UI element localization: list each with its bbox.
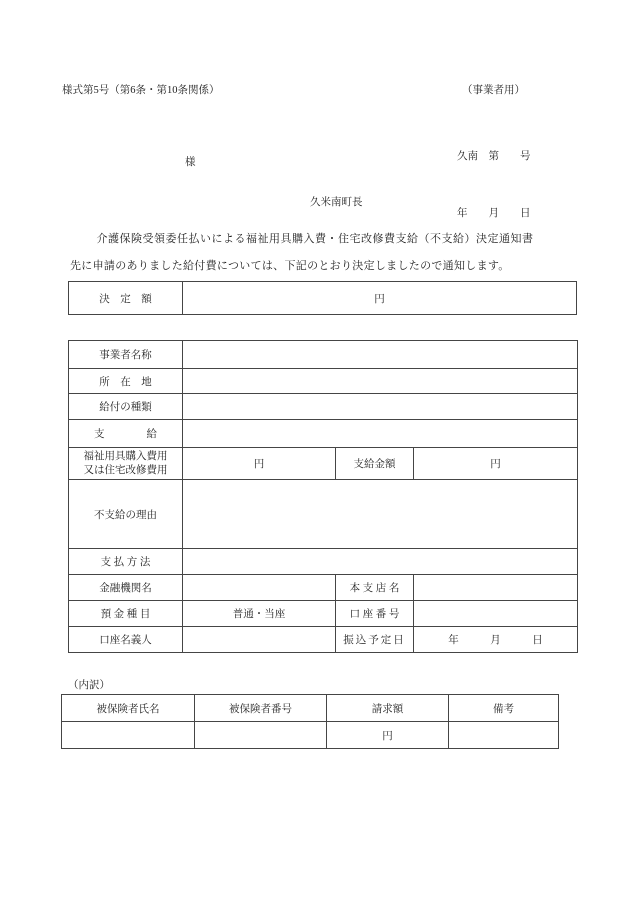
payment-label: 支 給: [69, 420, 183, 448]
benefit-type-label: 給付の種類: [69, 394, 183, 420]
bank-name-value-cell: [183, 575, 336, 601]
payment-value-cell: [183, 420, 578, 448]
denial-reason-label: 不支給の理由: [69, 480, 183, 549]
account-type-label: 預 金 種 目: [69, 601, 183, 627]
cost-label: 福祉用具購入費用 又は住宅改修費用: [69, 448, 183, 480]
business-name-label: 事業者名称: [69, 341, 183, 369]
decision-amount-value-cell: 円: [183, 282, 577, 315]
yen-unit: 円: [382, 731, 393, 742]
transfer-date-label: 振込予定日: [336, 627, 414, 653]
decision-amount-table: 決 定 額 円: [68, 281, 577, 315]
account-holder-value-cell: [183, 627, 336, 653]
main-detail-table: 事業者名称 所 在 地 給付の種類 支 給 福祉用具購入費用 又は住宅改修費用 …: [68, 340, 578, 653]
breakdown-caption: （内訳）: [68, 677, 110, 692]
claim-amount-header: 請求額: [327, 695, 449, 722]
remarks-header: 備考: [449, 695, 559, 722]
payment-amount-value-cell: 円: [414, 448, 578, 480]
doc-date-line: 年 月 日: [457, 204, 531, 223]
branch-name-value-cell: [414, 575, 578, 601]
insured-number-header: 被保険者番号: [195, 695, 327, 722]
account-number-label: 口 座 番 号: [336, 601, 414, 627]
branch-name-label: 本 支 店 名: [336, 575, 414, 601]
intro-sentence: 先に申請のありました給付費については、下記のとおり決定しましたので通知します。: [70, 257, 510, 273]
yen-unit: 円: [490, 459, 501, 470]
insured-name-value-cell: [62, 722, 195, 749]
insured-number-cell: [195, 722, 327, 749]
business-name-value-cell: [183, 341, 578, 369]
payment-method-label: 支 払 方 法: [69, 549, 183, 575]
form-number: 様式第5号（第6条・第10条関係）: [62, 82, 220, 97]
cost-value-cell: 円: [183, 448, 336, 480]
doc-number-line: 久南 第 号: [457, 147, 531, 166]
account-type-value: 普通・当座: [183, 601, 336, 627]
bank-name-label: 金融機関名: [69, 575, 183, 601]
yen-unit: 円: [254, 459, 265, 470]
cost-label-line1: 福祉用具購入費用: [84, 451, 168, 462]
account-number-value-cell: [414, 601, 578, 627]
yen-unit: 円: [374, 294, 385, 305]
addressee-suffix: 様: [185, 154, 196, 169]
payment-method-value-cell: [183, 549, 578, 575]
notification-form-page: 様式第5号（第6条・第10条関係） （事業者用） 久南 第 号 年 月 日 様 …: [0, 0, 630, 903]
address-label: 所 在 地: [69, 369, 183, 394]
benefit-type-value-cell: [183, 394, 578, 420]
insured-name-header: 被保険者氏名: [62, 695, 195, 722]
transfer-date-value: 年 月 日: [414, 627, 578, 653]
account-holder-label: 口座名義人: [69, 627, 183, 653]
claim-amount-value-cell: 円: [327, 722, 449, 749]
address-value-cell: [183, 369, 578, 394]
denial-reason-value-cell: [183, 480, 578, 549]
remarks-value-cell: [449, 722, 559, 749]
payment-amount-label: 支給金額: [336, 448, 414, 480]
cost-label-line2: 又は住宅改修費用: [84, 465, 168, 476]
for-business-label: （事業者用）: [462, 82, 525, 97]
decision-amount-label: 決 定 額: [69, 282, 183, 315]
sender-mayor: 久米南町長: [310, 194, 363, 209]
document-title: 介護保険受領委任払いによる福祉用具購入費・住宅改修費支給（不支給）決定通知書: [0, 230, 630, 246]
breakdown-table: 被保険者氏名 被保険者番号 請求額 備考 円: [61, 694, 559, 749]
